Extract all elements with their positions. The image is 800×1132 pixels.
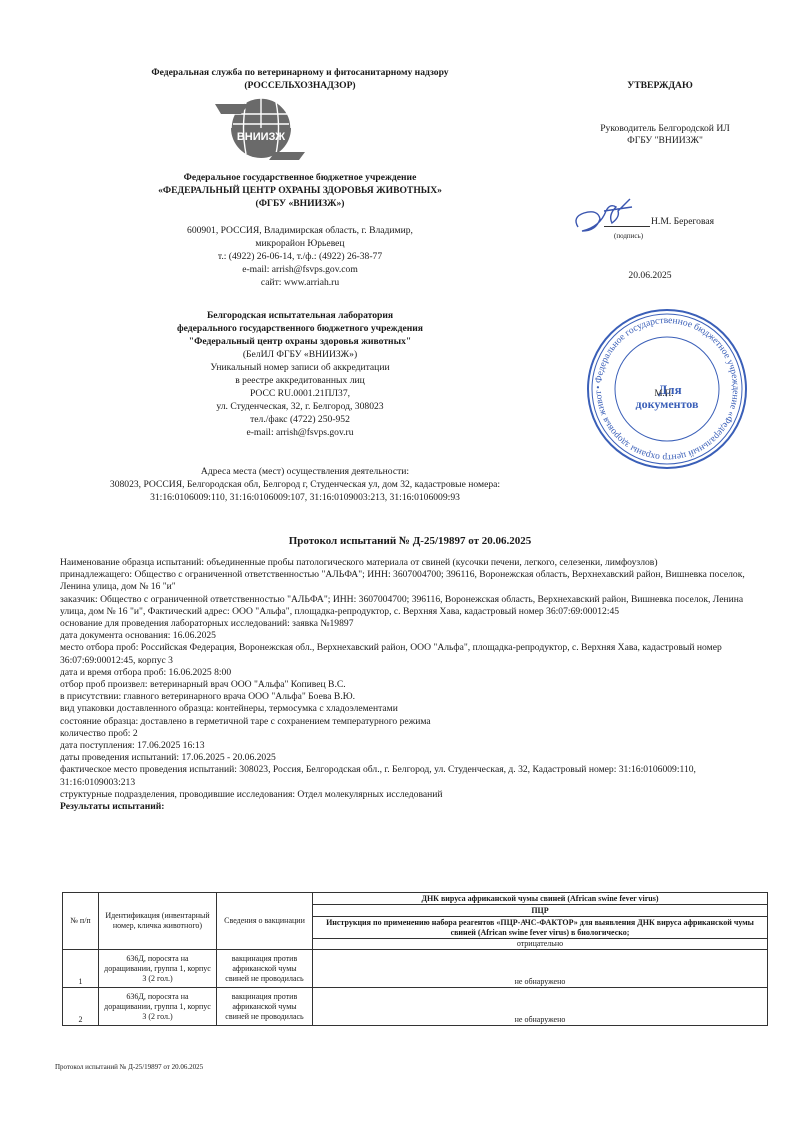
approver-org: ФГБУ "ВНИИЗЖ" [580, 135, 750, 147]
customer: заказчик: Общество с ограниченной ответс… [60, 594, 760, 618]
lab-address: ул. Студенческая, 32, г. Белгород, 30802… [80, 401, 520, 413]
lab-abbr: (БелИЛ ФГБУ «ВНИИЗЖ») [80, 349, 520, 361]
table-row: 2 636Д, поросята на доращивании, группа … [63, 988, 768, 1026]
sampling-datetime: дата и время отбора проб: 16.06.2025 8:0… [60, 667, 760, 679]
sample-count: количество проб: 2 [60, 728, 760, 740]
accreditation-number: РОСС RU.0001.21ПЛ37, [80, 388, 520, 400]
sample-owner: принадлежащего: Общество с ограниченной … [60, 569, 760, 593]
test-place: фактическое место проведения испытаний: … [60, 764, 760, 788]
basis-date: дата документа основания: 16.06.2025 [60, 630, 760, 642]
protocol-details: Наименование образца испытаний: объедине… [60, 557, 760, 813]
receipt-date: дата поступления: 17.06.2025 16:13 [60, 740, 760, 752]
lab-parent: федерального государственного бюджетного… [80, 323, 520, 335]
institution-abbr: (ФГБУ «ВНИИЗЖ») [80, 198, 520, 210]
address-line: 600901, РОССИЯ, Владимирская область, г.… [80, 225, 520, 237]
accreditation-label: Уникальный номер записи об аккредитации [80, 362, 520, 374]
cadastral-numbers: 31:16:0106009:110, 31:16:0106009:107, 31… [70, 492, 540, 504]
sample-condition: состояние образца: доставлено в герметич… [60, 716, 760, 728]
table-row: 1 636Д, поросята на доращивании, группа … [63, 950, 768, 988]
sampled-by: отбор проб произвел: ветеринарный врач О… [60, 679, 760, 691]
signer-name: Н.М. Береговая [651, 216, 714, 228]
department: структурные подразделения, проводившие и… [60, 789, 760, 801]
row-result: не обнаружено [313, 950, 768, 988]
approval-date: 20.06.2025 [600, 270, 700, 282]
in-presence-of: в присутствии: главного ветеринарного вр… [60, 691, 760, 703]
protocol-title: Протокол испытаний № Д-25/19897 от 20.06… [60, 535, 760, 547]
page-footer: Протокол испытаний № Д-25/19897 от 20.06… [55, 1063, 203, 1071]
test-dates: даты проведения испытаний: 17.06.2025 - … [60, 752, 760, 764]
official-stamp: • Федеральное государственное бюджетное … [584, 306, 750, 472]
activity-label: Адреса места (мест) осуществления деятел… [70, 466, 540, 478]
stamp-seal-icon: • Федеральное государственное бюджетное … [584, 306, 750, 472]
globe-logo-icon: ВНИИЗЖ [205, 94, 315, 162]
row-vaccination: вакцинация против африканской чумы свине… [217, 950, 313, 988]
header-num: № п/п [63, 893, 99, 950]
header-instruction: Инструкция по применению набора реагенто… [313, 917, 768, 939]
email-line: e-mail: arrish@fsvps.gov.com [80, 264, 520, 276]
institution-type: Федеральное государственное бюджетное уч… [80, 172, 520, 184]
lab-phone: тел./факс (4722) 250-952 [80, 414, 520, 426]
results-table: № п/п Идентификация (инвентарный номер, … [62, 892, 768, 1026]
activity-address: 308023, РОССИЯ, Белгородская обл, Белгор… [70, 479, 540, 491]
packaging: вид упаковки доставленного образца: конт… [60, 703, 760, 715]
sampling-place: место отбора проб: Российская Федерация,… [60, 642, 760, 666]
row-vaccination: вакцинация против африканской чумы свине… [217, 988, 313, 1026]
sample-name: Наименование образца испытаний: объедине… [60, 557, 760, 569]
results-heading: Результаты испытаний: [60, 801, 760, 813]
row-identification: 636Д, поросята на доращивании, группа 1,… [99, 988, 217, 1026]
lab-name: Белгородская испытательная лаборатория [80, 310, 520, 322]
row-result: не обнаружено [313, 988, 768, 1026]
lab-email: e-mail: arrish@fsvps.gov.ru [80, 427, 520, 439]
accreditation-label: в реестре аккредитованных лиц [80, 375, 520, 387]
header-target: ДНК вируса африканской чумы свиней (Afri… [313, 893, 768, 905]
header-method: ПЦР [313, 905, 768, 917]
row-num: 2 [63, 988, 99, 1026]
svg-text:ВНИИЗЖ: ВНИИЗЖ [237, 131, 285, 143]
signature-line [604, 226, 650, 227]
header-norm: отрицательно [313, 939, 768, 950]
lab-parent-name: "Федеральный центр охраны здоровья живот… [80, 336, 520, 348]
row-identification: 636Д, поросята на доращивании, группа 1,… [99, 950, 217, 988]
svg-text:документов: документов [636, 397, 700, 411]
phone-line: т.: (4922) 26-06-14, т./ф.: (4922) 26-38… [80, 251, 520, 263]
row-num: 1 [63, 950, 99, 988]
approver-position: Руководитель Белгородской ИЛ [580, 123, 750, 135]
vniizh-logo: ВНИИЗЖ [205, 94, 315, 162]
signature-caption: (подпись) [614, 230, 643, 242]
basis: основание для проведения лабораторных ис… [60, 618, 760, 630]
header-vaccination: Сведения о вакцинации [217, 893, 313, 950]
website-line: сайт: www.arriah.ru [80, 277, 520, 289]
agency-abbr: (РОССЕЛЬХОЗНАДЗОР) [80, 80, 520, 92]
header-identification: Идентификация (инвентарный номер, кличка… [99, 893, 217, 950]
svg-text:М.П.: М.П. [654, 388, 673, 398]
agency-name: Федеральная служба по ветеринарному и фи… [80, 67, 520, 79]
address-line: микрорайон Юрьевец [80, 238, 520, 250]
approve-label: УТВЕРЖДАЮ [580, 80, 740, 92]
institution-name: «ФЕДЕРАЛЬНЫЙ ЦЕНТР ОХРАНЫ ЗДОРОВЬЯ ЖИВОТ… [80, 185, 520, 197]
